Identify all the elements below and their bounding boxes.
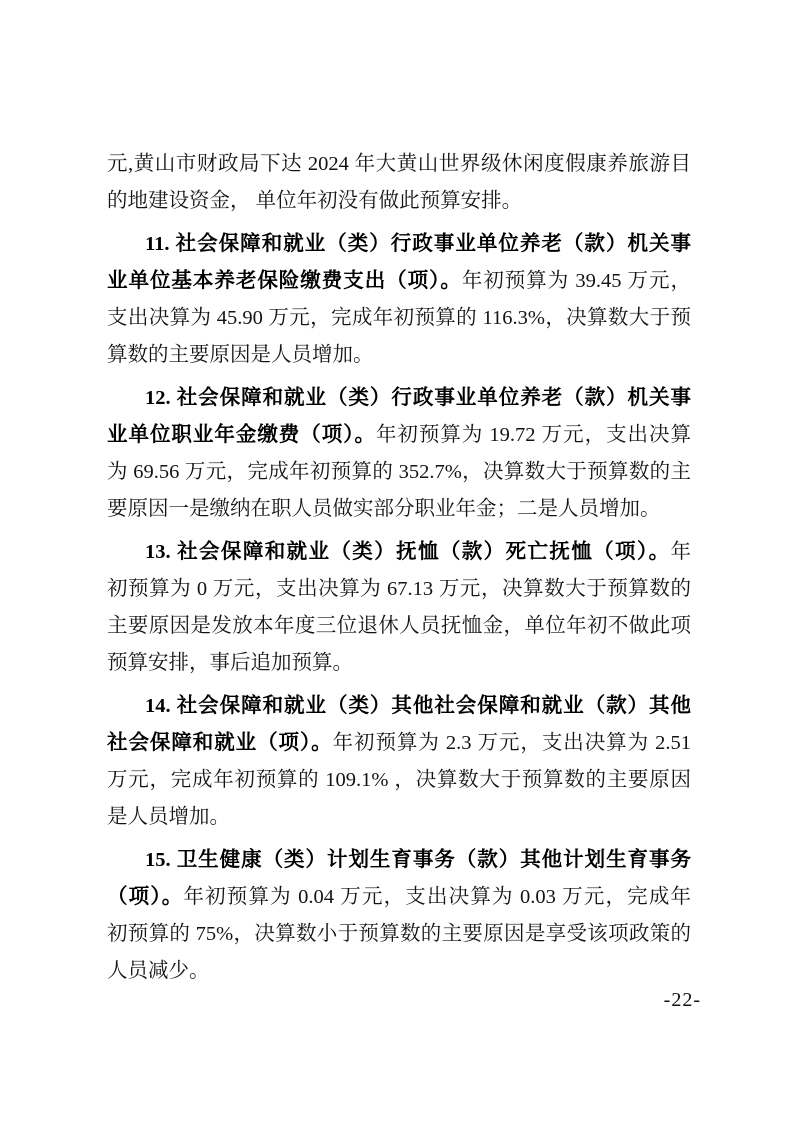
- text-line: 人员减少。: [107, 953, 691, 990]
- body-regular-run: 初预算为 0 万元，支出决算为 67.13 万元，决算数大于预算数的: [107, 578, 691, 600]
- text-line: 11. 社会保障和就业（类）行政事业单位养老（款）机关事: [107, 226, 691, 263]
- body-regular-run: 主要原因是发放本年度三位退休人员抚恤金，单位年初不做此项: [107, 615, 691, 637]
- text-line: 14. 社会保障和就业（类）其他社会保障和就业（款）其他: [107, 688, 691, 725]
- text-line: 算数的主要原因是人员增加。: [107, 337, 691, 374]
- body-text: 元,黄山市财政局下达 2024 年大黄山世界级休闲度假康养旅游目的地建设资金， …: [107, 146, 691, 990]
- text-line: 12. 社会保障和就业（类）行政事业单位养老（款）机关事: [107, 380, 691, 417]
- heading-bold-run: （项）。: [107, 886, 183, 908]
- body-regular-run: 年初预算为 19.72 万元，支出决算: [376, 424, 691, 446]
- heading-bold-run: 业单位基本养老保险缴费支出（项）。: [107, 270, 462, 292]
- text-line: （项）。年初预算为 0.04 万元，支出决算为 0.03 万元，完成年: [107, 879, 691, 916]
- para-item-13: 13. 社会保障和就业（类）抚恤（款）死亡抚恤（项）。年初预算为 0 万元，支出…: [107, 534, 691, 682]
- text-line: 预算安排，事后追加预算。: [107, 645, 691, 682]
- text-line: 支出决算为 45.90 万元，完成年初预算的 116.3%，决算数大于预: [107, 300, 691, 337]
- body-regular-run: 元,黄山市财政局下达 2024 年大黄山世界级休闲度假康养旅游目: [107, 153, 691, 175]
- body-regular-run: 预算安排，事后追加预算。: [107, 652, 353, 674]
- text-line: 初预算为 0 万元，支出决算为 67.13 万元，决算数大于预算数的: [107, 571, 691, 608]
- text-line: 要原因一是缴纳在职人员做实部分职业年金；二是人员增加。: [107, 491, 691, 528]
- body-regular-run: 年初预算为 2.3 万元，支出决算为 2.51: [333, 732, 691, 754]
- text-line: 元,黄山市财政局下达 2024 年大黄山世界级休闲度假康养旅游目: [107, 146, 691, 183]
- text-line: 为 69.56 万元，完成年初预算的 352.7%，决算数大于预算数的主: [107, 454, 691, 491]
- body-regular-run: 年初预算为 39.45 万元，: [462, 270, 691, 292]
- heading-bold-run: 13. 社会保障和就业（类）抚恤（款）死亡抚恤（项）。: [145, 541, 671, 563]
- body-regular-run: 算数的主要原因是人员增加。: [107, 344, 374, 366]
- text-line: 初预算的 75%，决算数小于预算数的主要原因是享受该项政策的: [107, 916, 691, 953]
- body-regular-run: 支出决算为 45.90 万元，完成年初预算的 116.3%，决算数大于预: [107, 307, 691, 329]
- heading-bold-run: 14. 社会保障和就业（类）其他社会保障和就业（款）其他: [145, 695, 691, 717]
- para-item-11: 11. 社会保障和就业（类）行政事业单位养老（款）机关事业单位基本养老保险缴费支…: [107, 226, 691, 374]
- para-continued: 元,黄山市财政局下达 2024 年大黄山世界级休闲度假康养旅游目的地建设资金， …: [107, 146, 691, 220]
- body-regular-run: 年初预算为 0.04 万元，支出决算为 0.03 万元，完成年: [183, 886, 691, 908]
- heading-bold-run: 社会保障和就业（项）。: [107, 732, 333, 754]
- heading-bold-run: 15. 卫生健康（类）计划生育事务（款）其他计划生育事务: [145, 849, 691, 871]
- para-item-15: 15. 卫生健康（类）计划生育事务（款）其他计划生育事务（项）。年初预算为 0.…: [107, 842, 691, 990]
- page-number: -22-: [664, 989, 701, 1012]
- text-line: 15. 卫生健康（类）计划生育事务（款）其他计划生育事务: [107, 842, 691, 879]
- text-line: 万元，完成年初预算的 109.1% ，决算数大于预算数的主要原因: [107, 762, 691, 799]
- body-regular-run: 万元，完成年初预算的 109.1% ，决算数大于预算数的主要原因: [107, 769, 691, 791]
- para-item-14: 14. 社会保障和就业（类）其他社会保障和就业（款）其他社会保障和就业（项）。年…: [107, 688, 691, 836]
- text-line: 社会保障和就业（项）。年初预算为 2.3 万元，支出决算为 2.51: [107, 725, 691, 762]
- text-line: 是人员增加。: [107, 799, 691, 836]
- heading-bold-run: 业单位职业年金缴费（项）。: [107, 424, 376, 446]
- para-item-12: 12. 社会保障和就业（类）行政事业单位养老（款）机关事业单位职业年金缴费（项）…: [107, 380, 691, 528]
- body-regular-run: 年: [671, 541, 692, 563]
- body-regular-run: 人员减少。: [107, 960, 210, 982]
- text-line: 业单位职业年金缴费（项）。年初预算为 19.72 万元，支出决算: [107, 417, 691, 454]
- text-line: 的地建设资金， 单位年初没有做此预算安排。: [107, 183, 691, 220]
- body-regular-run: 是人员增加。: [107, 806, 230, 828]
- text-line: 主要原因是发放本年度三位退休人员抚恤金，单位年初不做此项: [107, 608, 691, 645]
- body-regular-run: 要原因一是缴纳在职人员做实部分职业年金；二是人员增加。: [107, 498, 661, 520]
- text-line: 13. 社会保障和就业（类）抚恤（款）死亡抚恤（项）。年: [107, 534, 691, 571]
- body-regular-run: 为 69.56 万元，完成年初预算的 352.7%，决算数大于预算数的主: [107, 461, 691, 483]
- text-line: 业单位基本养老保险缴费支出（项）。年初预算为 39.45 万元，: [107, 263, 691, 300]
- heading-bold-run: 12. 社会保障和就业（类）行政事业单位养老（款）机关事: [145, 387, 691, 409]
- document-page: 元,黄山市财政局下达 2024 年大黄山世界级休闲度假康养旅游目的地建设资金， …: [0, 0, 793, 1122]
- body-regular-run: 的地建设资金， 单位年初没有做此预算安排。: [107, 190, 522, 212]
- heading-bold-run: 11. 社会保障和就业（类）行政事业单位养老（款）机关事: [145, 233, 691, 255]
- body-regular-run: 初预算的 75%，决算数小于预算数的主要原因是享受该项政策的: [107, 923, 691, 945]
